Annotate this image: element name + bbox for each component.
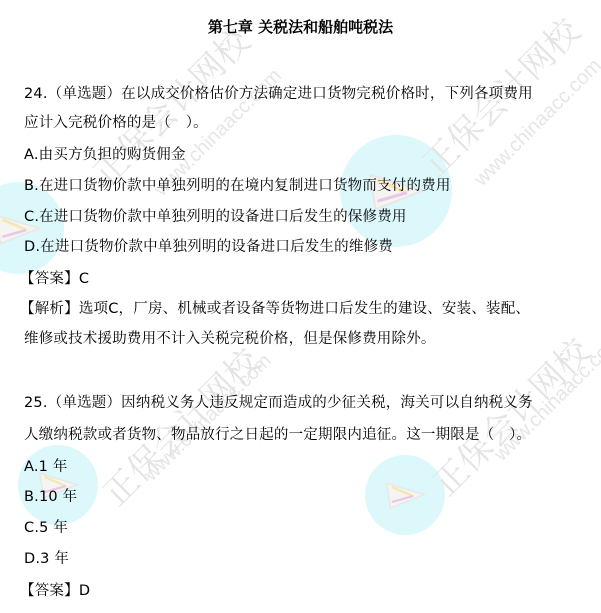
watermark-text: 正保会计网校 xyxy=(420,326,599,505)
answer-value: D xyxy=(79,583,90,599)
option-b: B.在进口货物价款中单独列明的在境内复制进口货物而支付的费用 xyxy=(24,174,451,195)
watermark-logo-icon xyxy=(365,455,445,535)
analysis-label: 【解析】 xyxy=(20,301,79,317)
answer-label: 【答案】 xyxy=(20,583,79,599)
option-d: D.3 年 xyxy=(24,547,69,568)
question-number: 25. xyxy=(24,395,48,411)
analysis-line: 【解析】选项C，厂房、机械或者设备等货物进口后发生的建设、安装、装配、 xyxy=(20,297,530,318)
question-stem: 25.（单选题）因纳税义务人违反规定而造成的少征关税，海关可以自纳税义务 xyxy=(24,391,533,412)
question-text-continued: 人缴纳税款或者货物、物品放行之日起的一定期限内追征。这一期限是（ ）。 xyxy=(24,423,531,444)
question-text: 因纳税义务人违反规定而造成的少征关税，海关可以自纳税义务 xyxy=(121,395,533,411)
question-number: 24. xyxy=(24,86,48,102)
answer-value: C xyxy=(79,271,89,287)
question-text: 在以成交价格估价方法确定进口货物完税价格时，下列各项费用 xyxy=(121,86,533,102)
answer-label: 【答案】 xyxy=(20,271,79,287)
watermark-url: www.chinaacc.com xyxy=(140,350,277,487)
question-type: （单选题） xyxy=(48,395,122,411)
analysis-text: 选项C，厂房、机械或者设备等货物进口后发生的建设、安装、装配、 xyxy=(79,301,530,317)
answer-line: 【答案】C xyxy=(20,267,89,288)
question-type: （单选题） xyxy=(48,86,122,102)
option-c: C.5 年 xyxy=(24,516,68,537)
watermark-text: 正保会计网校 xyxy=(80,16,259,195)
question-text-continued: 应计入完税价格的是（ ）。 xyxy=(24,111,208,132)
analysis-text-continued: 维修或技术援助费用不计入关税完税价格，但是保修费用除外。 xyxy=(24,327,436,348)
chapter-title: 第七章 关税法和船舶吨税法 xyxy=(0,16,601,37)
question-stem: 24.（单选题）在以成交价格估价方法确定进口货物完税价格时，下列各项费用 xyxy=(24,82,533,103)
watermark-logo-icon xyxy=(0,182,64,274)
option-a: A.由买方负担的购货佣金 xyxy=(24,143,186,164)
answer-line: 【答案】D xyxy=(20,579,90,600)
watermark-url: www.chinaacc.com xyxy=(470,55,601,192)
option-c: C.在进口货物价款中单独列明的设备进口后发生的保修费用 xyxy=(24,205,407,226)
option-a: A.1 年 xyxy=(24,455,68,476)
option-b: B.10 年 xyxy=(24,485,77,506)
option-d: D.在进口货物价款中单独列明的设备进口后发生的维修费 xyxy=(24,235,393,256)
